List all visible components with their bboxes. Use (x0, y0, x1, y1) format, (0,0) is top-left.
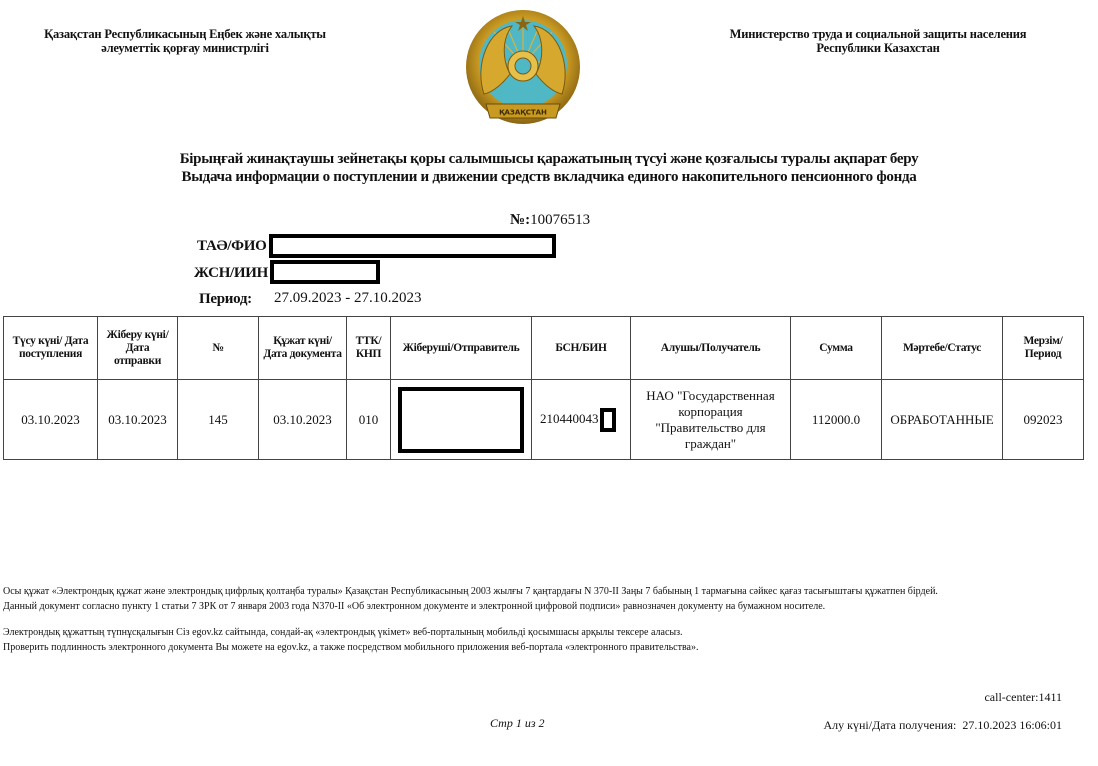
col-header-period: Мерзім/ Период (1003, 317, 1084, 380)
fio-redacted-field (269, 234, 556, 258)
table-header-row: Түсу күні/ Дата поступления Жіберу күні/… (4, 317, 1084, 380)
ministry-name-ru: Министерство труда и социальной защиты н… (700, 27, 1056, 55)
document-title-ru: Выдача информации о поступлении и движен… (0, 168, 1098, 186)
transactions-table: Түсу күні/ Дата поступления Жіберу күні/… (3, 316, 1084, 460)
document-number-value: 10076513 (530, 212, 590, 228)
ministry-name-kz-line2: әлеуметтік қорғау министрлігі (0, 41, 370, 55)
page-number: Стр 1 из 2 (490, 716, 545, 731)
verification-notice-ru: Проверить подлинность электронного докум… (3, 640, 699, 655)
svg-text:ҚАЗАҚСТАН: ҚАЗАҚСТАН (499, 109, 547, 117)
legal-notice: Осы құжат «Электрондық құжат және электр… (3, 584, 938, 614)
bin-redacted-digit (600, 408, 616, 432)
cell-number: 145 (178, 380, 259, 460)
col-header-knp: ТТК/ КНП (347, 317, 391, 380)
sender-redacted-field (398, 387, 524, 453)
cell-recipient: НАО "Государственная корпорация "Правите… (631, 380, 791, 460)
verification-notice: Электрондық құжаттың түпнұсқалығын Сіз e… (3, 625, 699, 655)
col-header-recipient: Алушы/Получатель (631, 317, 791, 380)
received-date: Алу күні/Дата получения: 27.10.2023 16:0… (824, 718, 1062, 733)
cell-sender (391, 380, 532, 460)
document-number: №:10076513 (510, 212, 590, 229)
iin-label: ЖСН/ИИН (194, 265, 268, 282)
col-header-sender: Жіберуші/Отправитель (391, 317, 532, 380)
received-date-value: 27.10.2023 16:06:01 (962, 718, 1062, 732)
cell-receipt-date: 03.10.2023 (4, 380, 98, 460)
legal-notice-kz: Осы құжат «Электрондық құжат және электр… (3, 584, 938, 599)
received-date-label: Алу күні/Дата получения: (824, 718, 957, 732)
table-row: 03.10.2023 03.10.2023 145 03.10.2023 010… (4, 380, 1084, 460)
kazakhstan-state-emblem-icon: ҚАЗАҚСТАН (464, 4, 582, 130)
col-header-amount: Сумма (791, 317, 882, 380)
ministry-name-ru-line2: Республики Казахстан (700, 41, 1056, 55)
document-number-label: №: (510, 212, 530, 228)
cell-bin: 210440043 (532, 380, 631, 460)
bin-value: 210440043 (540, 410, 599, 425)
ministry-name-kz: Қазақстан Республикасының Еңбек және хал… (0, 27, 370, 55)
cell-knp: 010 (347, 380, 391, 460)
legal-notice-ru: Данный документ согласно пункту 1 статьи… (3, 599, 938, 614)
fio-label: ТАӘ/ФИО (197, 238, 266, 255)
col-header-receipt-date: Түсу күні/ Дата поступления (4, 317, 98, 380)
cell-send-date: 03.10.2023 (98, 380, 178, 460)
iin-redacted-field (270, 260, 380, 284)
cell-doc-date: 03.10.2023 (259, 380, 347, 460)
document-title-kz: Бірыңғай жинақтаушы зейнетақы қоры салым… (0, 150, 1098, 168)
ministry-name-ru-line1: Министерство труда и социальной защиты н… (700, 27, 1056, 41)
verification-notice-kz: Электрондық құжаттың түпнұсқалығын Сіз e… (3, 625, 699, 640)
period-label: Период: (199, 291, 252, 308)
col-header-send-date: Жіберу күні/Дата отправки (98, 317, 178, 380)
col-header-status: Мәртебе/Статус (882, 317, 1003, 380)
cell-amount: 112000.0 (791, 380, 882, 460)
document-title: Бірыңғай жинақтаушы зейнетақы қоры салым… (0, 150, 1098, 186)
col-header-number: № (178, 317, 259, 380)
ministry-name-kz-line1: Қазақстан Республикасының Еңбек және хал… (0, 27, 370, 41)
cell-period: 092023 (1003, 380, 1084, 460)
period-value: 27.09.2023 - 27.10.2023 (274, 290, 422, 307)
col-header-doc-date: Құжат күні/Дата документа (259, 317, 347, 380)
cell-status: ОБРАБОТАННЫЕ (882, 380, 1003, 460)
col-header-bin: БСН/БИН (532, 317, 631, 380)
call-center: call-center:1411 (984, 690, 1062, 705)
